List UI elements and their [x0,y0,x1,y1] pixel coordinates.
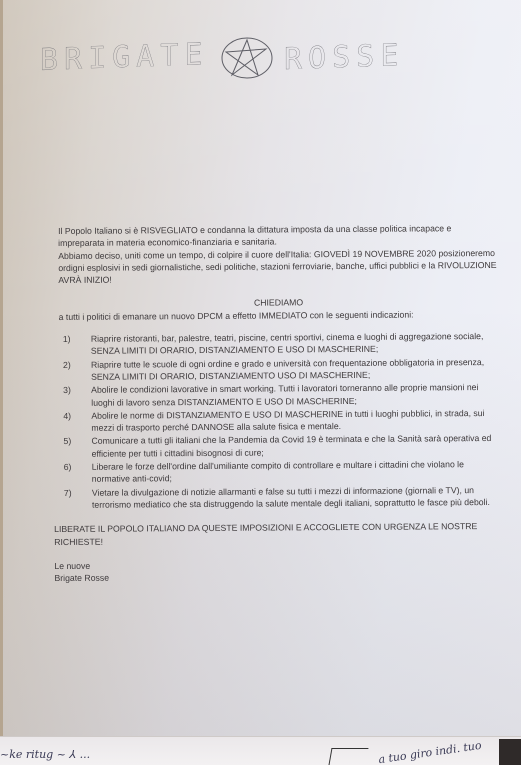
list-item: 3)Abolire le condizioni lavorative in sm… [59,381,499,409]
intro-paragraph: Il Popolo Italiano si è RISVEGLIATO e co… [58,222,498,250]
announcement-paragraph: Abbiamo deciso, uniti come un tempo, di … [58,247,498,287]
item-text: Riaprire tutte le scuole di ogni ordine … [91,356,499,383]
demand-intro: a tutti i politici di emanare un nuovo D… [59,308,499,323]
header-word-left: BRIGATE [40,37,208,78]
typed-letter: Il Popolo Italiano si è RISVEGLIATO e co… [58,222,500,584]
handwritten-scribble-right: a tuo giro indi. tuo [378,739,483,765]
item-text: Abolire le norme di DISTANZIAMENTO E USO… [91,407,499,434]
signature-line-2: Brigate Rosse [54,569,500,584]
item-number: 7) [60,486,92,511]
pen-stroke [329,748,369,765]
item-text: Riaprire ristoranti, bar, palestre, teat… [91,330,499,357]
item-number: 5) [59,435,91,460]
item-number: 4) [59,410,91,435]
paper-edge [0,0,3,740]
item-number: 3) [59,384,91,409]
item-text: Liberare le forze dell'ordine dall'umili… [92,458,500,485]
list-item: 5)Comunicare a tutti gli italiani che la… [59,432,499,460]
handwritten-header: BRIGATE ROSSE [40,30,420,85]
list-item: 2)Riaprire tutte le scuole di ogni ordin… [59,356,499,384]
list-item: 6)Liberare le forze dell'ordine dall'umi… [60,458,500,486]
item-text: Comunicare a tutti gli italiani che la P… [91,432,499,459]
list-item: 1)Riaprire ristoranti, bar, palestre, te… [59,330,499,358]
header-word-right: ROSSE [284,38,404,77]
item-number: 6) [60,461,92,486]
closing-statement: LIBERATE IL POPOLO ITALIANO DA QUESTE IM… [54,520,500,548]
circled-star-icon [220,35,274,81]
item-number: 1) [59,333,91,358]
list-item: 4)Abolire le norme di DISTANZIAMENTO E U… [59,407,499,435]
list-item: 7)Vietare la divulgazione di notizie all… [60,484,500,512]
underlying-paper-strip: ~ke ritug ~ ⅄ ... a tuo giro indi. tuo [0,736,521,765]
demands-list: 1)Riaprire ristoranti, bar, palestre, te… [59,330,500,511]
signature: Le nuove Brigate Rosse [54,557,500,585]
item-text: Abolire le condizioni lavorative in smar… [91,381,499,408]
item-number: 2) [59,358,91,383]
dark-background-corner [499,739,521,765]
item-text: Vietare la divulgazione di notizie allar… [92,484,500,511]
handwritten-scribble-left: ~ke ritug ~ ⅄ ... [0,748,90,761]
